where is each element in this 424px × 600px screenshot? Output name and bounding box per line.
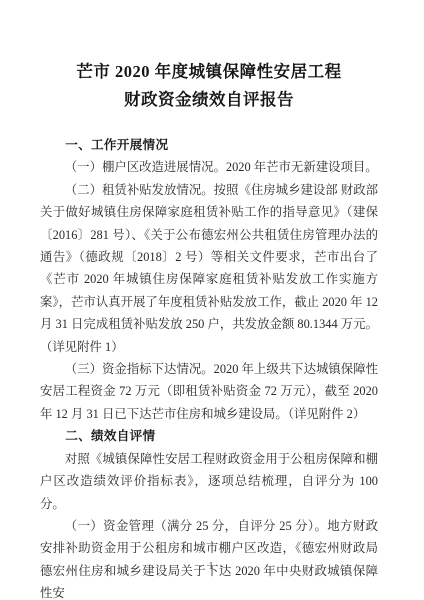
section-heading-self-evaluation: 二、绩效自评情 (40, 425, 378, 447)
paragraph-rental-subsidy: （二）租赁补贴发放情况。按照《住房城乡建设部 财政部关于做好城镇住房保障家庭租赁… (40, 179, 378, 358)
document-page: 芒市 2020 年度城镇保障性安居工程 财政资金绩效自评报告 一、工作开展情况 … (0, 0, 424, 600)
document-body: 芒市 2020 年度城镇保障性安居工程 财政资金绩效自评报告 一、工作开展情况 … (40, 58, 378, 600)
page-number: - 1 - (0, 561, 424, 572)
paragraph-shantytown-progress: （一）棚户区改造进展情况。2020 年芒市无新建设项目。 (40, 156, 378, 178)
document-title-line-1: 芒市 2020 年度城镇保障性安居工程 (40, 58, 378, 86)
document-title: 芒市 2020 年度城镇保障性安居工程 财政资金绩效自评报告 (40, 58, 378, 114)
document-title-line-2: 财政资金绩效自评报告 (40, 86, 378, 114)
paragraph-fund-allocation: （三）资金指标下达情况。2020 年上级共下达城镇保障性安居工程资金 72 万元… (40, 358, 378, 425)
paragraph-fund-management: （一）资金管理（满分 25 分，自评分 25 分）。地方财政安排补助资金用于公租… (40, 515, 378, 600)
section-heading-work-progress: 一、工作开展情况 (40, 134, 378, 156)
paragraph-evaluation-summary: 对照《城镇保障性安居工程财政资金用于公租房保障和棚户区改造绩效评价指标表》，逐项… (40, 448, 378, 515)
